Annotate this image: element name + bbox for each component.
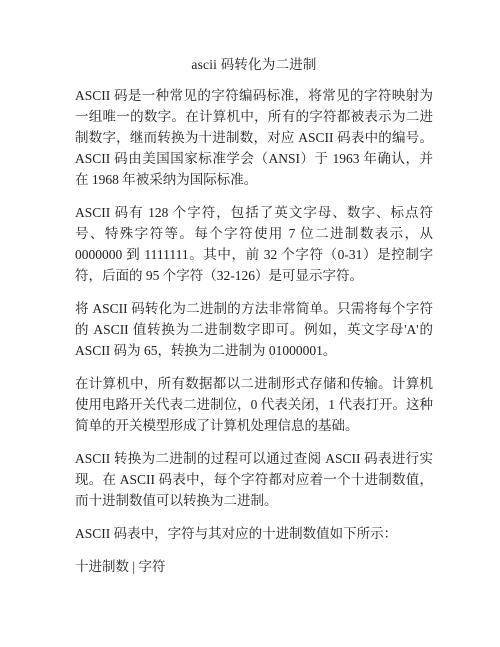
table-header-row: 十进制数 | 字符 (75, 556, 433, 577)
paragraph-table-intro: ASCII 码表中，字符与其对应的十进制数值如下所示： (75, 523, 433, 544)
paragraph-table-lookup: ASCII 转换为二进制的过程可以通过查阅 ASCII 码表进行实现。在 ASC… (75, 448, 433, 511)
paragraph-conversion-method: 将 ASCII 码转化为二进制的方法非常简单。只需将每个字符的 ASCII 值转… (75, 298, 433, 361)
paragraph-binary-storage: 在计算机中，所有数据都以二进制形式存储和传输。计算机使用电路开关代表二进制位，0… (75, 373, 433, 436)
document-title: ascii 码转化为二进制 (75, 54, 433, 75)
document-body: ascii 码转化为二进制 ASCII 码是一种常见的字符编码标准，将常见的字符… (75, 54, 433, 589)
paragraph-charset-description: ASCII 码有 128 个字符，包括了英文字母、数字、标点符号、特殊字符等。每… (75, 202, 433, 286)
paragraph-ascii-overview: ASCII 码是一种常见的字符编码标准，将常见的字符映射为一组唯一的数字。在计算… (75, 85, 433, 190)
document-page: ascii 码转化为二进制 ASCII 码是一种常见的字符编码标准，将常见的字符… (0, 0, 500, 647)
